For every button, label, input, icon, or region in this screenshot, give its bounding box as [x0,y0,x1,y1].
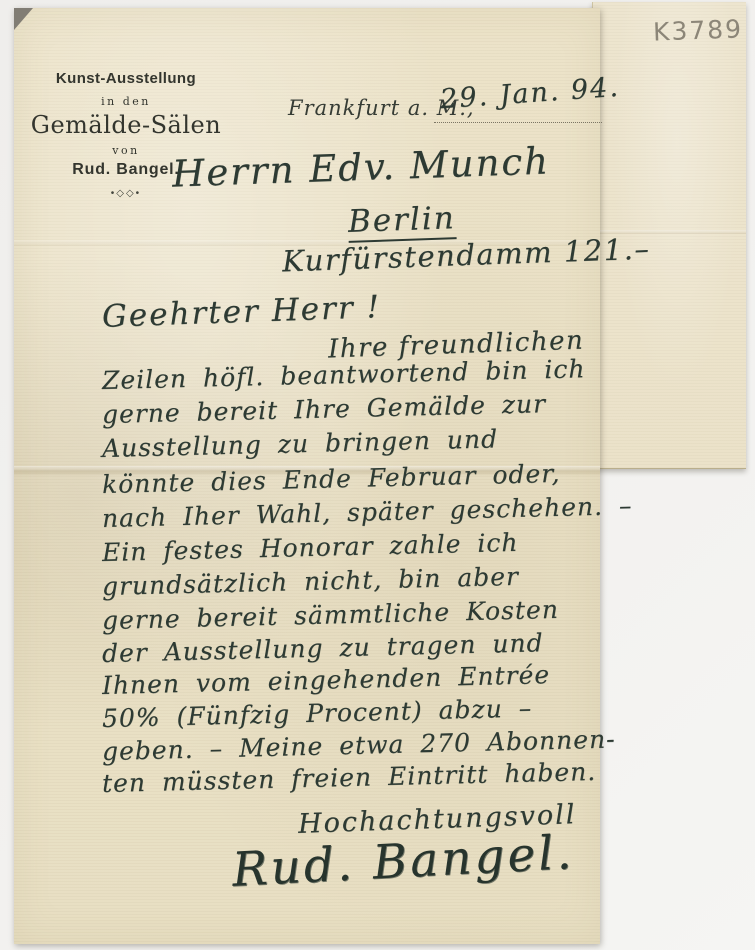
body-line: Ein festes Honorar zahle ich [102,528,519,567]
letterhead-line3: Gemälde-Sälen [28,111,224,139]
body-line: Ausstellung zu bringen und [102,424,499,463]
recipient-street: Kurfürstendamm 121.– [282,232,651,279]
corner-shadow [14,8,33,30]
letter-sheet: Kunst-Ausstellung in den Gemälde-Sälen v… [14,8,600,944]
pencil-inventory-number: K3789 [653,14,744,46]
body-line: nach Iher Wahl, später geschehen. – [102,491,633,533]
recipient-city: Berlin [347,200,456,243]
recipient-name: Herrn Edv. Munch [171,139,550,195]
body-line: könnte dies Ende Februar oder, [102,459,561,499]
dateline-handwritten-date: 29. Jan. 94. [439,72,621,115]
body-line: grundsätzlich nicht, bin aber [102,562,520,601]
letterhead-line1: Kunst-Ausstellung [28,70,224,87]
letterhead-line2: in den [28,95,224,108]
dateline-dotted-rule [434,122,602,123]
scan-backdrop: K3789 Kunst-Ausstellung in den Gemälde-S… [0,0,755,950]
salutation: Geehrter Herr ! [101,289,381,335]
signature: Rud. Bangel. [231,825,576,898]
body-line: Zeilen höfl. beantwortend bin ich [102,354,586,395]
body-line: gerne bereit Ihre Gemälde zur [102,389,547,429]
